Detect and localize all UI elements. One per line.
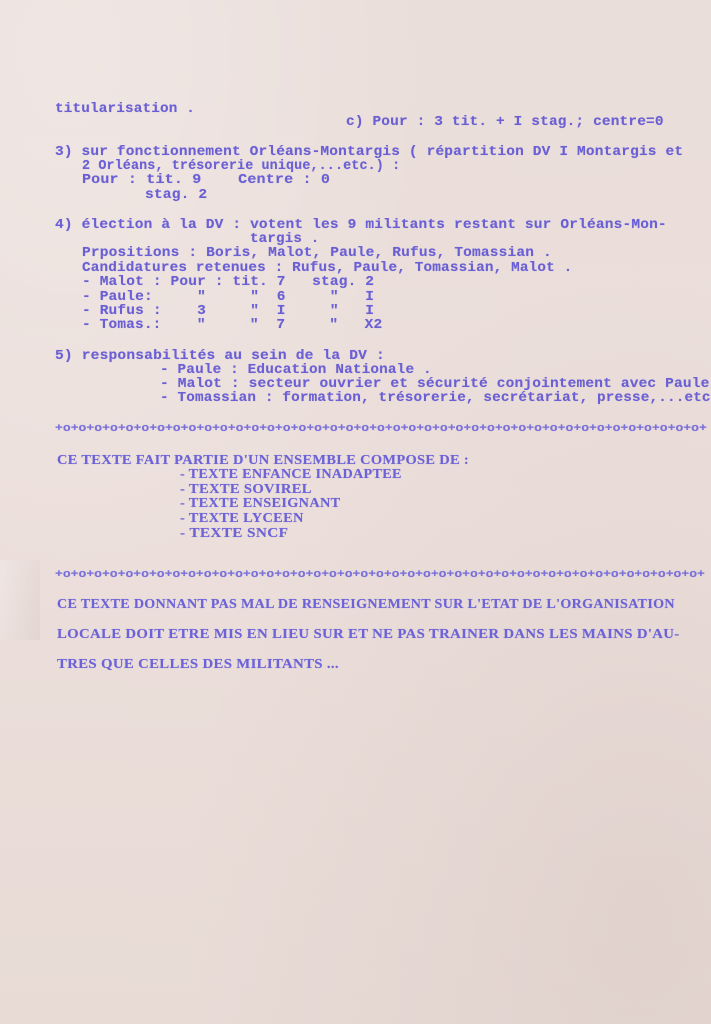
ensemble-item-enseignant: - TEXTE ENSEIGNANT: [180, 496, 340, 510]
warning-line-3: TRES QUE CELLES DES MILITANTS ...: [57, 657, 339, 671]
section-4-heading-cont: targis .: [250, 233, 319, 247]
warning-line-1: CE TEXTE DONNANT PAS MAL DE RENSEIGNEMEN…: [57, 597, 675, 611]
separator-1: +o+o+o+o+o+o+o+o+o+o+o+o+o+o+o+o+o+o+o+o…: [55, 422, 707, 436]
section-4-heading: 4) élection à la DV : votent les 9 milit…: [55, 219, 667, 233]
vote-row-rufus: - Rufus : 3 " I " I: [82, 305, 374, 319]
responsibility-tomassian: - Tomassian : formation, trésorerie, sec…: [160, 392, 711, 406]
section-3-vote-pour: Pour : tit. 9 Centre : 0: [82, 174, 330, 188]
paper-crease: [0, 560, 40, 640]
ensemble-item-lyceen: - TEXTE LYCEEN: [180, 511, 304, 525]
ensemble-item-sovirel: - TEXTE SOVIREL: [180, 482, 312, 496]
section-4-candidatures: Candidatures retenues : Rufus, Paule, To…: [82, 262, 572, 276]
separator-2: +o+o+o+o+o+o+o+o+o+o+o+o+o+o+o+o+o+o+o+o…: [55, 568, 705, 582]
vote-row-tomas: - Tomas.: " " 7 " X2: [82, 319, 382, 333]
text-line-titularisation: titularisation .: [55, 103, 195, 117]
vote-row-paule: - Paule: " " 6 " I: [82, 291, 374, 305]
ensemble-item-enfance: - TEXTE ENFANCE INADAPTEE: [180, 467, 402, 481]
text-line-vote-c: c) Pour : 3 tit. + I stag.; centre=0: [346, 116, 664, 130]
vote-row-malot: - Malot : Pour : tit. 7 stag. 2: [82, 276, 374, 290]
section-3-line-2: 2 Orléans, trésorerie unique,...etc.) :: [82, 160, 400, 174]
ensemble-heading: CE TEXTE FAIT PARTIE D'UN ENSEMBLE COMPO…: [57, 453, 469, 467]
section-3-vote-stag: stag. 2: [145, 189, 207, 203]
section-4-propositions: Prpositions : Boris, Malot, Paule, Rufus…: [82, 247, 552, 261]
ensemble-item-sncf: - TEXTE SNCF: [180, 526, 288, 540]
section-3-heading: 3) sur fonctionnement Orléans-Montargis …: [55, 146, 683, 160]
responsibility-paule: - Paule : Education Nationale .: [160, 364, 432, 378]
responsibility-malot: - Malot : secteur ouvrier et sécurité co…: [160, 378, 709, 392]
warning-line-2: LOCALE DOIT ETRE MIS EN LIEU SUR ET NE P…: [57, 627, 680, 641]
section-5-heading: 5) responsabilités au sein de la DV :: [55, 350, 385, 364]
